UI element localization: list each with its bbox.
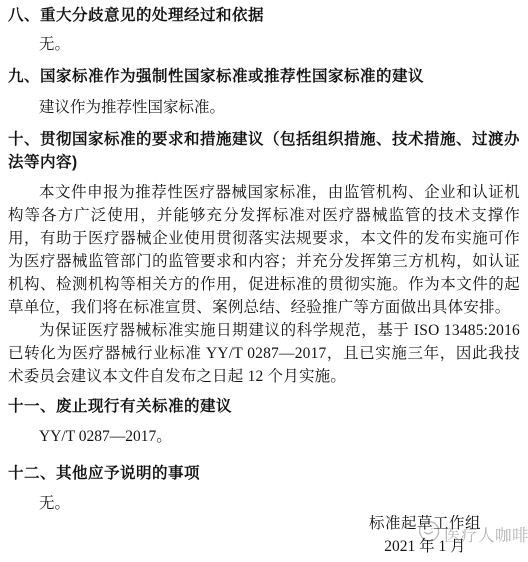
section-12: 十二、其他应予说明的事项 无。 <box>8 462 520 515</box>
section-10-paragraph-2: 为保证医疗器械标准实施日期建议的科学规范，基于 ISO 13485:2016 已… <box>8 319 520 388</box>
section-11: 十一、废止现行有关标准的建议 YY/T 0287—2017。 <box>8 395 520 448</box>
section-11-body: YY/T 0287—2017。 <box>8 425 520 448</box>
section-10: 十、贯彻国家标准的要求和措施建议（包括组织措施、技术措施、过渡办法等内容) 本文… <box>8 128 520 388</box>
section-11-heading: 十一、废止现行有关标准的建议 <box>8 395 520 418</box>
section-8: 八、重大分歧意见的处理经过和依据 无。 <box>8 4 520 56</box>
document-page: 八、重大分歧意见的处理经过和依据 无。 九、国家标准作为强制性国家标准或推荐性国… <box>0 0 528 515</box>
section-9-heading: 九、国家标准作为强制性国家标准或推荐性国家标准的建议 <box>8 65 520 88</box>
section-8-body: 无。 <box>8 33 520 56</box>
signature-block: 标准起草工作组 2021 年 1 月 <box>345 512 505 558</box>
section-9: 九、国家标准作为强制性国家标准或推荐性国家标准的建议 建议作为推荐性国家标准。 <box>8 65 520 119</box>
section-10-paragraph-1: 本文件申报为推荐性医疗器械国家标准，由监管机构、企业和认证机构等各方广泛使用，并… <box>8 181 520 319</box>
signature-date: 2021 年 1 月 <box>345 535 505 558</box>
section-9-body: 建议作为推荐性国家标准。 <box>8 96 520 119</box>
section-12-heading: 十二、其他应予说明的事项 <box>8 462 520 485</box>
signature-author: 标准起草工作组 <box>345 512 505 535</box>
section-10-heading: 十、贯彻国家标准的要求和措施建议（包括组织措施、技术措施、过渡办法等内容) <box>8 128 520 174</box>
section-8-heading: 八、重大分歧意见的处理经过和依据 <box>8 4 520 27</box>
